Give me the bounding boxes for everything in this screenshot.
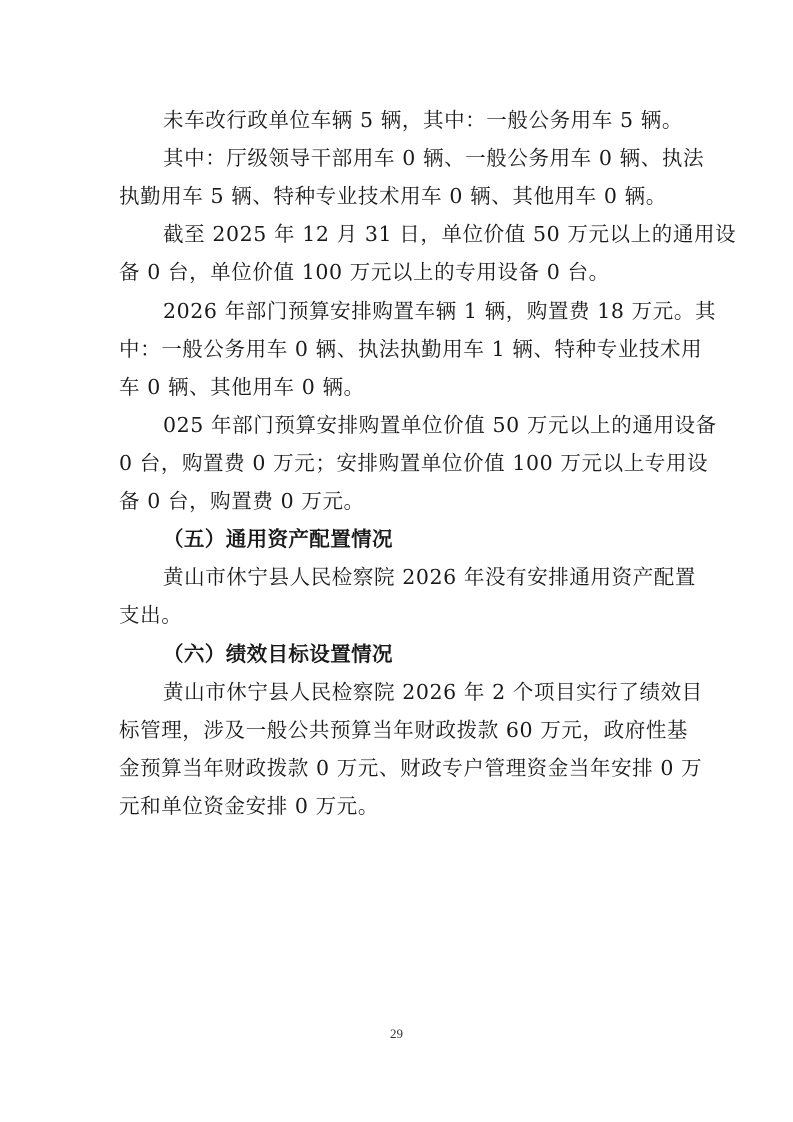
paragraph-line: 中：一般公务用车 0 辆、执法执勤用车 1 辆、特种专业技术用 — [119, 336, 693, 362]
paragraph-line: 执勤用车 5 辆、特种专业技术用车 0 辆、其他用车 0 辆。 — [119, 183, 693, 209]
paragraph-line: 黄山市休宁县人民检察院 2026 年没有安排通用资产配置 — [163, 564, 693, 590]
section-heading-five: （五）通用资产配置情况 — [163, 526, 693, 552]
paragraph-line: 2026 年部门预算安排购置车辆 1 辆，购置费 18 万元。其 — [163, 298, 693, 324]
page-number: 29 — [0, 1026, 793, 1042]
paragraph-line: 支出。 — [119, 602, 693, 628]
paragraph-line: 金预算当年财政拨款 0 万元、财政专户管理资金当年安排 0 万 — [119, 755, 693, 781]
paragraph-line: 0 台，购置费 0 万元；安排购置单位价值 100 万元以上专用设 — [119, 450, 693, 476]
paragraph-line: 备 0 台，单位价值 100 万元以上的专用设备 0 台。 — [119, 259, 693, 285]
paragraph-line: 车 0 辆、其他用车 0 辆。 — [119, 374, 693, 400]
paragraph-line: 未车改行政单位车辆 5 辆，其中：一般公务用车 5 辆。 — [163, 107, 693, 133]
paragraph-line: 025 年部门预算安排购置单位价值 50 万元以上的通用设备 — [163, 412, 693, 438]
paragraph-line: 标管理，涉及一般公共预算当年财政拨款 60 万元，政府性基 — [119, 717, 693, 743]
document-page: 未车改行政单位车辆 5 辆，其中：一般公务用车 5 辆。 其中：厅级领导干部用车… — [0, 0, 793, 1122]
paragraph-line: 其中：厅级领导干部用车 0 辆、一般公务用车 0 辆、执法 — [163, 145, 693, 171]
paragraph-line: 备 0 台，购置费 0 万元。 — [119, 488, 693, 514]
paragraph-line: 元和单位资金安排 0 万元。 — [119, 793, 693, 819]
paragraph-line: 黄山市休宁县人民检察院 2026 年 2 个项目实行了绩效目 — [163, 679, 693, 705]
section-heading-six: （六）绩效目标设置情况 — [163, 641, 693, 667]
paragraph-line: 截至 2025 年 12 月 31 日，单位价值 50 万元以上的通用设 — [163, 221, 693, 247]
